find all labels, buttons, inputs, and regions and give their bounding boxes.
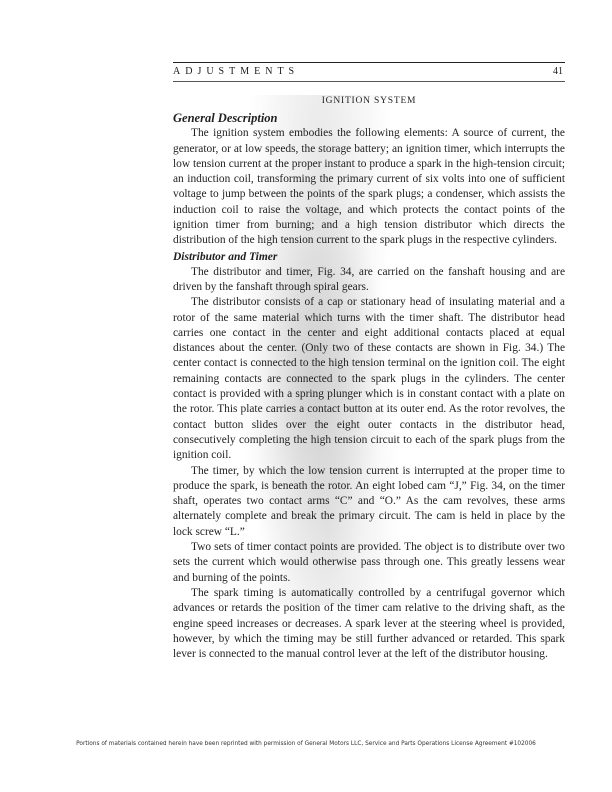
running-header: ADJUSTMENTS 41 — [173, 66, 565, 80]
paragraph: The distributor and timer, Fig. 34, are … — [173, 265, 565, 296]
header-top-rule — [173, 62, 565, 63]
subheading-distributor-and-timer: Distributor and Timer — [173, 249, 565, 265]
section-title: IGNITION SYSTEM — [173, 94, 565, 109]
subheading-general-description: General Description — [173, 110, 565, 126]
header-bottom-rule — [173, 81, 565, 82]
paragraph: The distributor consists of a cap or sta… — [173, 295, 565, 463]
page-number: 41 — [553, 66, 563, 77]
paragraph: The timer, by which the low tension curr… — [173, 464, 565, 540]
paragraph: The spark timing is automatically contro… — [173, 586, 565, 662]
copyright-footer: Portions of materials contained herein h… — [0, 741, 612, 747]
body-text: IGNITION SYSTEM General Description The … — [173, 94, 565, 662]
document-page: ADJUSTMENTS 41 IGNITION SYSTEM General D… — [0, 0, 612, 792]
paragraph: Two sets of timer contact points are pro… — [173, 540, 565, 586]
paragraph: The ignition system embodies the followi… — [173, 126, 565, 248]
running-title: ADJUSTMENTS — [173, 66, 299, 77]
